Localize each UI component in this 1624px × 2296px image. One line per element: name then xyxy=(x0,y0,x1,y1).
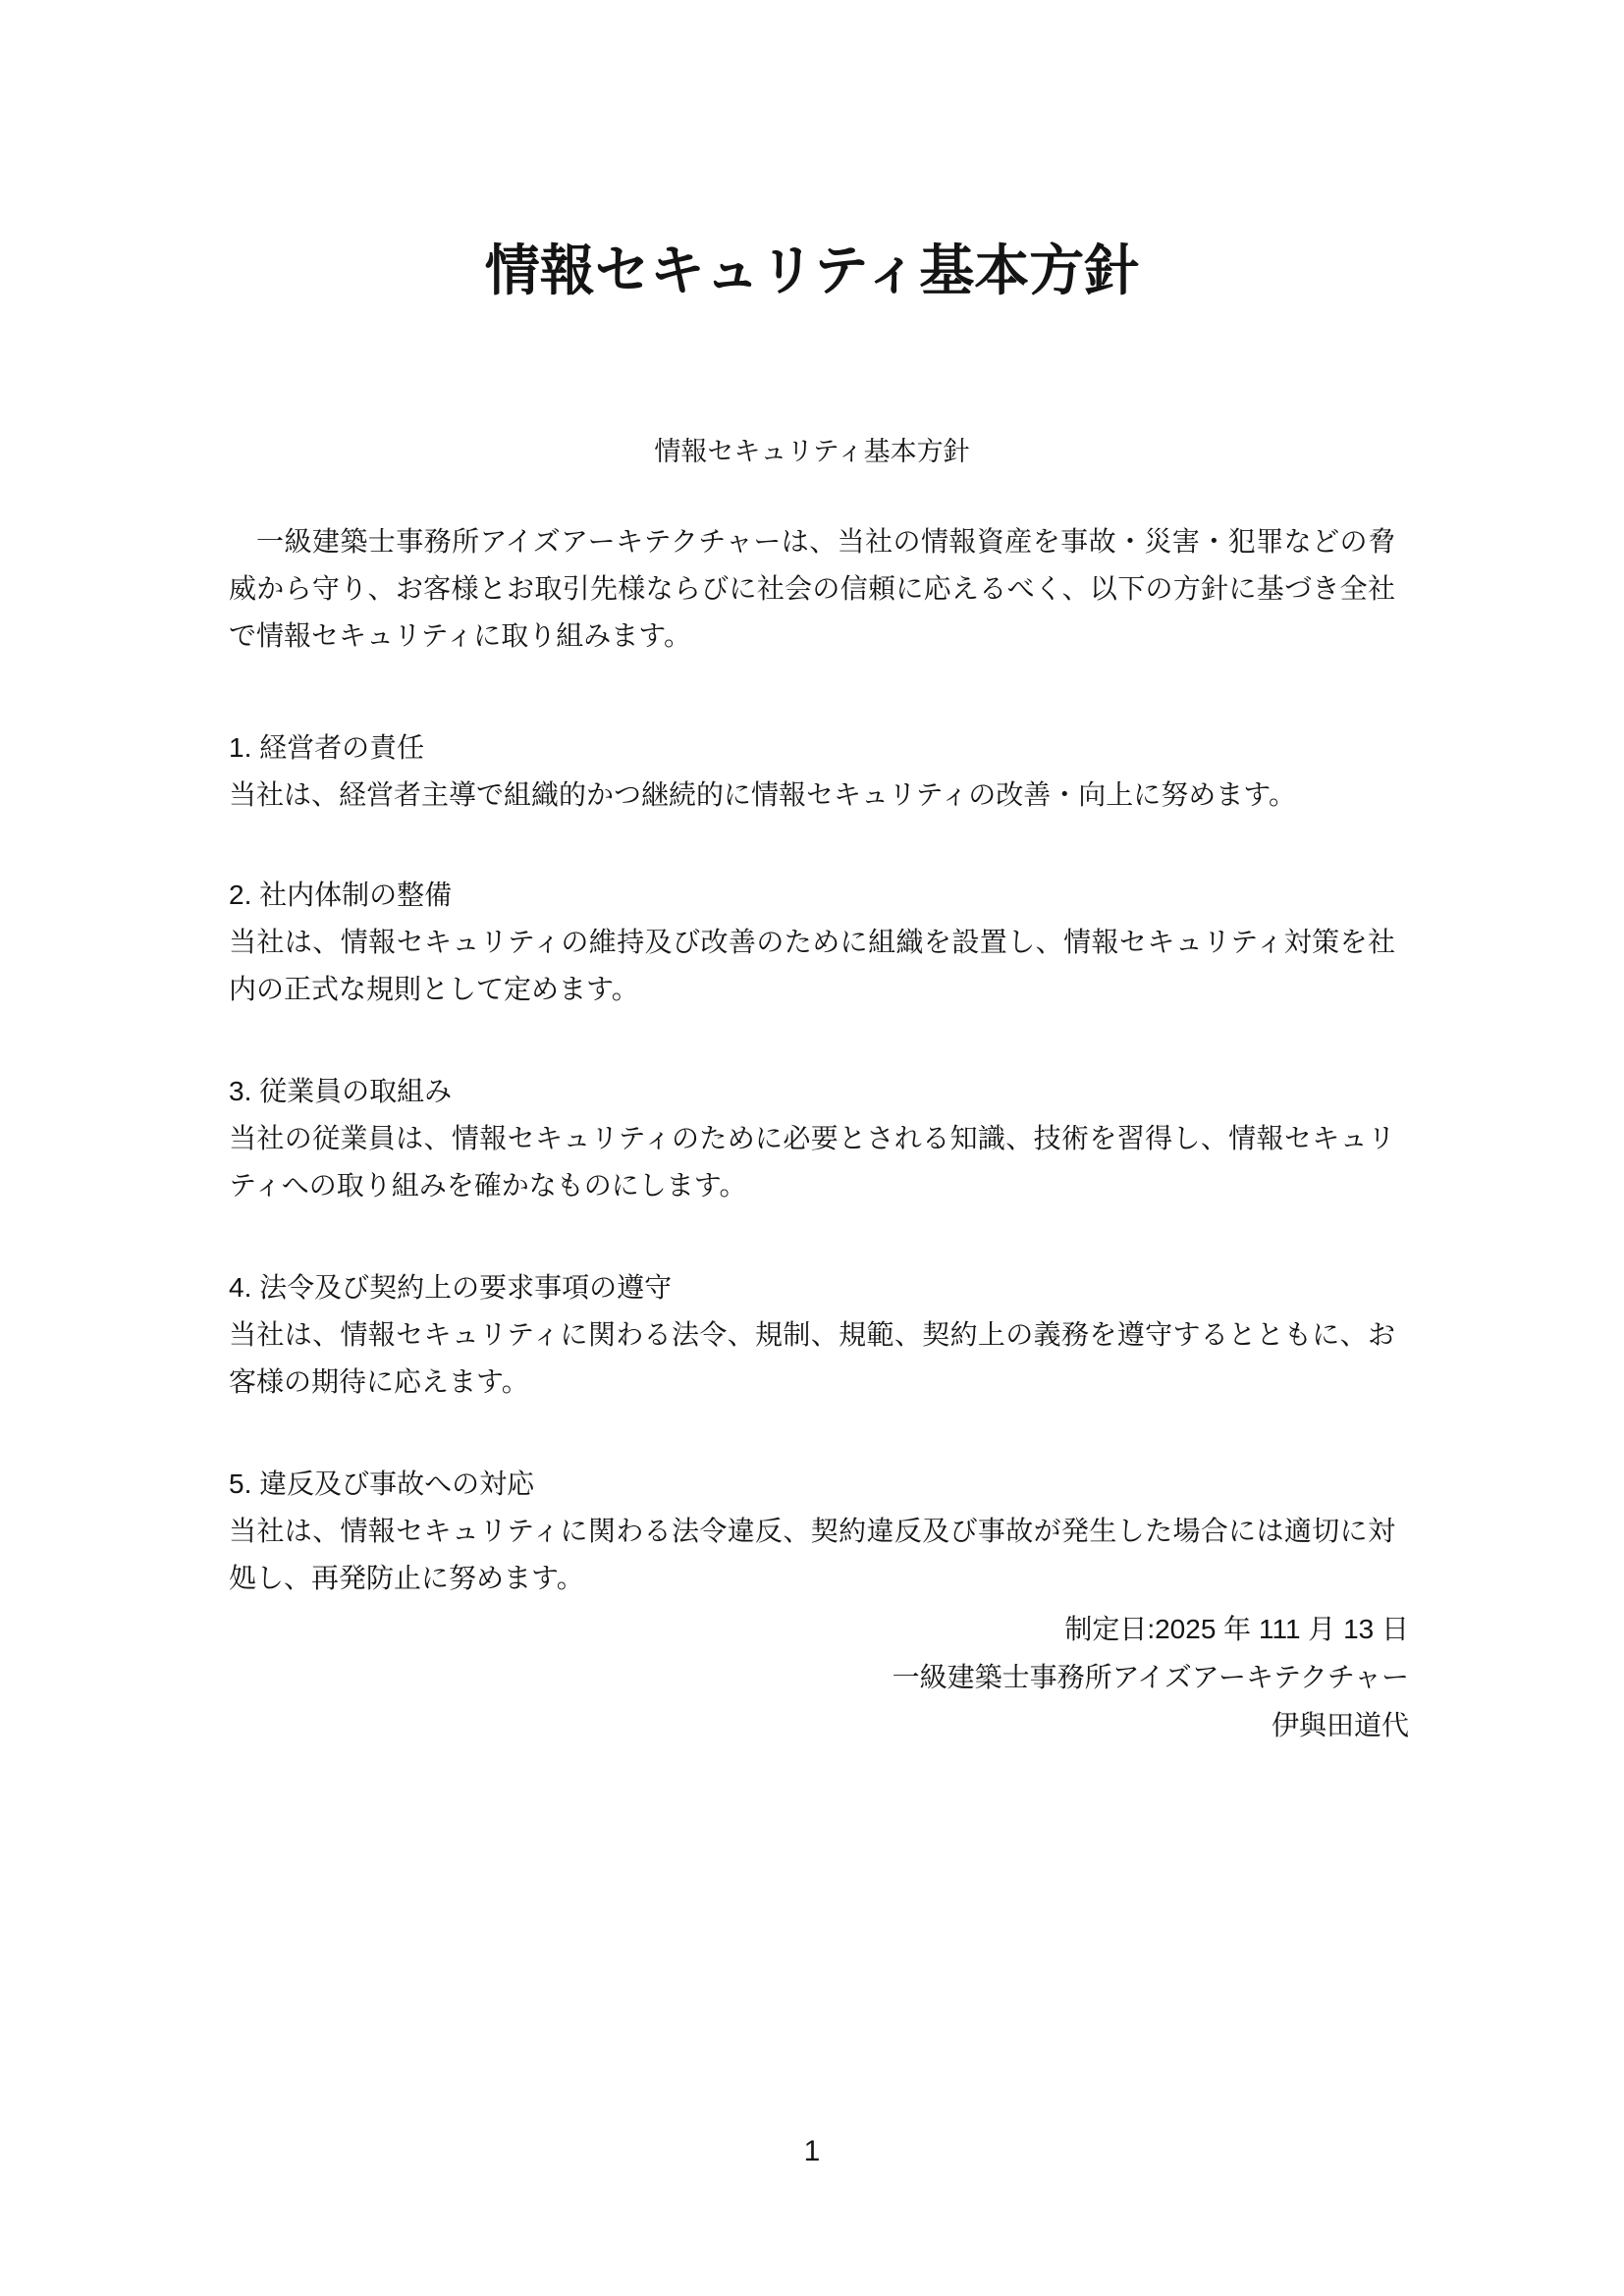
section-1-heading: 1. 経営者の責任 xyxy=(229,724,1395,772)
section-1: 1. 経営者の責任 当社は、経営者主導で組織的かつ継続的に情報セキュリティの改善… xyxy=(229,724,1395,819)
section-3-body: 当社の従業員は、情報セキュリティのために必要とされる知識、技術を習得し、情報セキ… xyxy=(229,1115,1395,1209)
section-1-body: 当社は、経営者主導で組織的かつ継続的に情報セキュリティの改善・向上に努めます。 xyxy=(229,772,1395,819)
company-name: 一級建築士事務所アイズアーキテクチャー xyxy=(229,1653,1409,1701)
section-2-body: 当社は、情報セキュリティの維持及び改善のために組織を設置し、情報セキュリティ対策… xyxy=(229,919,1395,1013)
page-number: 1 xyxy=(0,2132,1624,2171)
section-2: 2. 社内体制の整備 当社は、情報セキュリティの維持及び改善のために組織を設置し… xyxy=(229,872,1395,1013)
section-3-heading: 3. 従業員の取組み xyxy=(229,1068,1395,1115)
document-page: 情報セキュリティ基本方針 情報セキュリティ基本方針 一級建築士事務所アイズアーキ… xyxy=(0,0,1624,2296)
section-4-heading: 4. 法令及び契約上の要求事項の遵守 xyxy=(229,1264,1395,1311)
document-subtitle: 情報セキュリティ基本方針 xyxy=(229,428,1395,475)
signature-block: 制定日:2025 年 111 月 13 日 一級建築士事務所アイズアーキテクチャ… xyxy=(229,1605,1409,1749)
signer-name: 伊與田道代 xyxy=(229,1701,1409,1749)
enactment-date: 制定日:2025 年 111 月 13 日 xyxy=(229,1605,1409,1653)
section-4: 4. 法令及び契約上の要求事項の遵守 当社は、情報セキュリティに関わる法令、規制… xyxy=(229,1264,1395,1406)
section-5: 5. 違反及び事故への対応 当社は、情報セキュリティに関わる法令違反、契約違反及… xyxy=(229,1461,1395,1602)
section-4-body: 当社は、情報セキュリティに関わる法令、規制、規範、契約上の義務を遵守するとともに… xyxy=(229,1311,1395,1406)
document-title: 情報セキュリティ基本方針 xyxy=(229,240,1395,302)
section-2-heading: 2. 社内体制の整備 xyxy=(229,872,1395,919)
section-5-body: 当社は、情報セキュリティに関わる法令違反、契約違反及び事故が発生した場合には適切… xyxy=(229,1508,1395,1602)
section-3: 3. 従業員の取組み 当社の従業員は、情報セキュリティのために必要とされる知識、… xyxy=(229,1068,1395,1209)
section-5-heading: 5. 違反及び事故への対応 xyxy=(229,1461,1395,1508)
intro-paragraph: 一級建築士事務所アイズアーキテクチャーは、当社の情報資産を事故・災害・犯罪などの… xyxy=(229,518,1395,660)
